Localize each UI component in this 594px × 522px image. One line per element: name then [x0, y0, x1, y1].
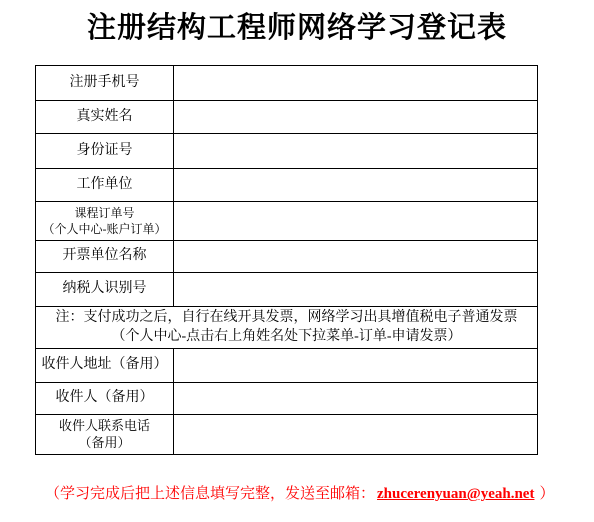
- field-course-order-number[interactable]: [174, 202, 538, 241]
- invoice-note-line1: 注：支付成功之后，自行在线开具发票，网络学习出具增值税电子普通发票: [36, 309, 537, 327]
- label-taxpayer-id: 纳税人识别号: [36, 273, 174, 307]
- page-title: 注册结构工程师网络学习登记表: [0, 0, 594, 45]
- field-recipient[interactable]: [174, 383, 538, 415]
- table-row: 身份证号: [36, 134, 538, 169]
- label-recipient: 收件人（备用）: [36, 383, 174, 415]
- label-recipient-address: 收件人地址（备用）: [36, 349, 174, 383]
- invoice-note-line2: （个人中心-点击右上角姓名处下拉菜单-订单-申请发票）: [36, 328, 537, 346]
- submission-instruction-close: ）: [539, 486, 554, 502]
- submission-instruction-text: （学习完成后把上述信息填写完整，发送至邮箱：: [45, 486, 375, 502]
- table-row: 纳税人识别号: [36, 273, 538, 307]
- table-row: 课程订单号 （个人中心-账户订单）: [36, 202, 538, 241]
- table-row: 注册手机号: [36, 66, 538, 101]
- field-taxpayer-id[interactable]: [174, 273, 538, 307]
- email-link[interactable]: zhucerenyuan@yeah.net: [377, 486, 534, 502]
- table-row: 真实姓名: [36, 101, 538, 134]
- table-row: 收件人地址（备用）: [36, 349, 538, 383]
- field-invoice-unit-name[interactable]: [174, 241, 538, 273]
- table-row: 工作单位: [36, 169, 538, 202]
- label-work-unit: 工作单位: [36, 169, 174, 202]
- label-id-number: 身份证号: [36, 134, 174, 169]
- label-invoice-unit-name: 开票单位名称: [36, 241, 174, 273]
- label-recipient-phone-line2: （备用）: [36, 435, 173, 452]
- registration-table: 注册手机号 真实姓名 身份证号 工作单位 课程订单号 （个人中心-账户订单） 开…: [35, 65, 538, 455]
- table-row: 开票单位名称: [36, 241, 538, 273]
- table-row: 收件人联系电话 （备用）: [36, 415, 538, 455]
- label-real-name: 真实姓名: [36, 101, 174, 134]
- submission-instruction: （学习完成后把上述信息填写完整，发送至邮箱：zhucerenyuan@yeah.…: [45, 482, 594, 503]
- table-row: 收件人（备用）: [36, 383, 538, 415]
- field-work-unit[interactable]: [174, 169, 538, 202]
- field-recipient-address[interactable]: [174, 349, 538, 383]
- invoice-note: 注：支付成功之后，自行在线开具发票，网络学习出具增值税电子普通发票 （个人中心-…: [36, 307, 538, 349]
- field-registered-mobile[interactable]: [174, 66, 538, 101]
- label-recipient-phone: 收件人联系电话 （备用）: [36, 415, 174, 455]
- field-recipient-phone[interactable]: [174, 415, 538, 455]
- table-row: 注：支付成功之后，自行在线开具发票，网络学习出具增值税电子普通发票 （个人中心-…: [36, 307, 538, 349]
- field-real-name[interactable]: [174, 101, 538, 134]
- label-course-order-line1: 课程订单号: [36, 205, 173, 221]
- label-recipient-phone-line1: 收件人联系电话: [36, 418, 173, 435]
- label-registered-mobile: 注册手机号: [36, 66, 174, 101]
- label-course-order-line2: （个人中心-账户订单）: [36, 221, 173, 237]
- field-id-number[interactable]: [174, 134, 538, 169]
- label-course-order-number: 课程订单号 （个人中心-账户订单）: [36, 202, 174, 241]
